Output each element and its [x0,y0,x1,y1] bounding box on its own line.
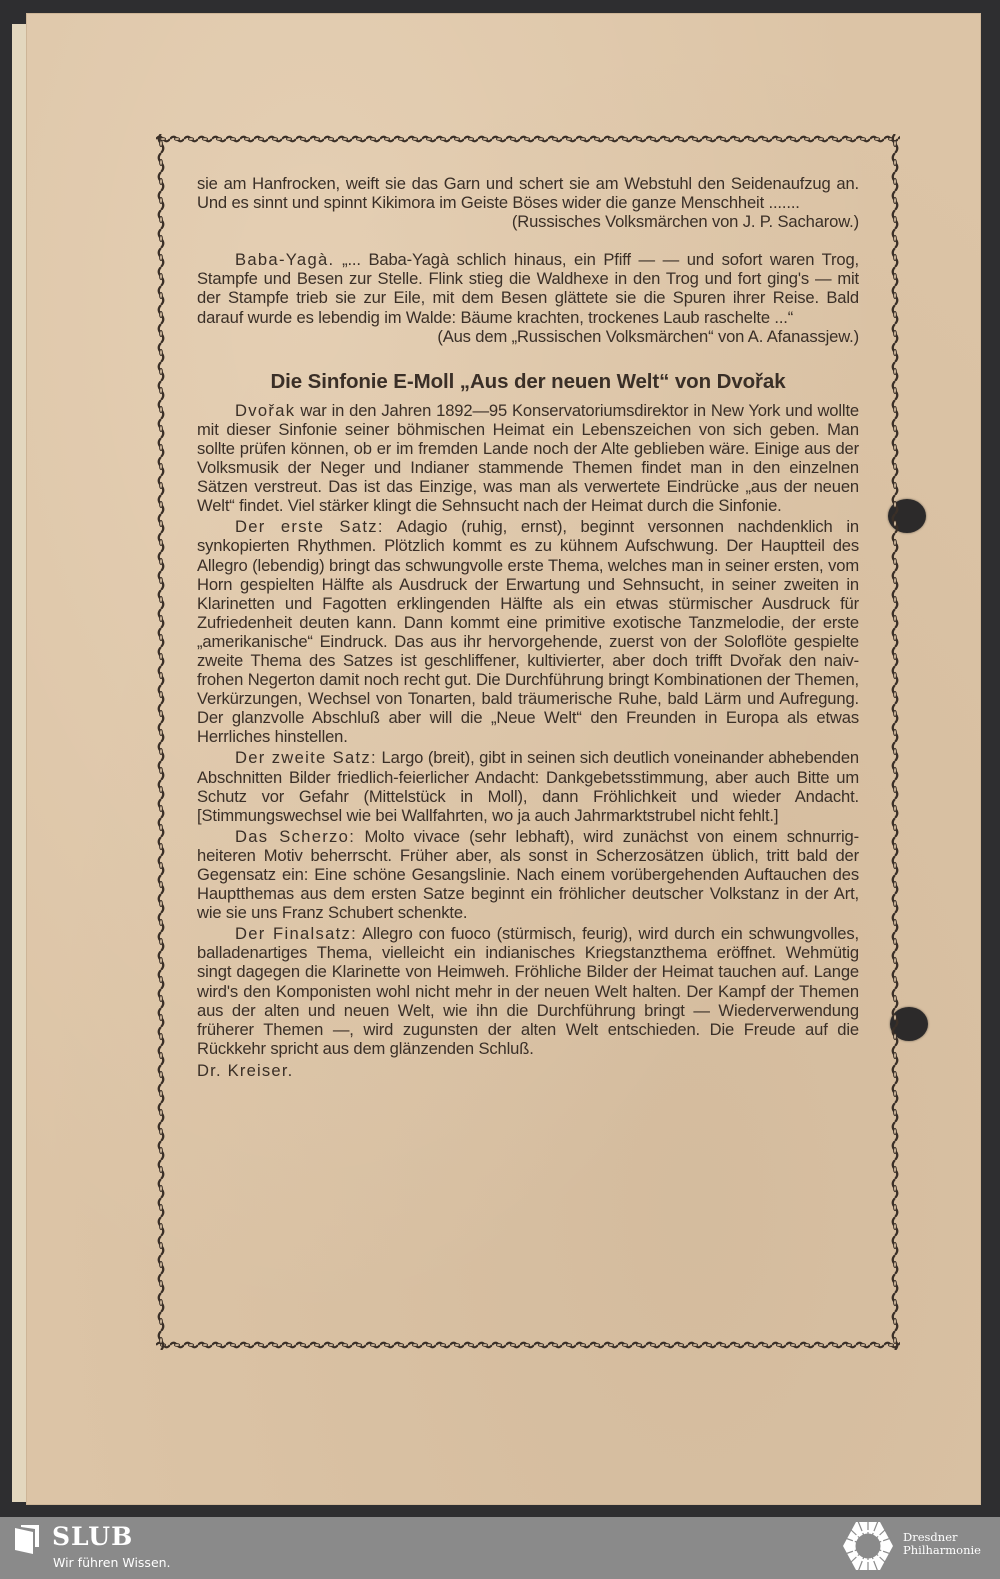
frame-border-left [156,134,166,1350]
paragraph-lead: Der zweite Satz: [235,748,377,767]
sunburst-hexagon-icon [842,1520,894,1572]
paragraph-intro: Dvořak war in den Jahren 1892—95 Konserv… [197,401,859,516]
kikimora-source: (Russisches Volksmärchen von J. P. Sacha… [197,212,859,231]
frame-border-right [890,134,900,1350]
frame-border-bottom [156,1340,900,1350]
frame-border-top [156,134,900,144]
babayaga-excerpt: Baba-Yagà. „... Baba-Yagà schlich hinaus… [197,250,859,326]
section-heading: Die Sinfonie E-Moll „Aus der neuen Welt“… [197,369,859,395]
book-icon [13,1525,43,1555]
paragraph-body: war in den Jahren 1892—95 Konservatorium… [197,401,859,515]
paragraph-body: Adagio (ruhig, ernst), beginnt versonnen… [197,517,859,746]
babayaga-source: (Aus dem „Russischen Volksmärchen“ von A… [197,327,859,346]
dp-name-line2: Philharmonie [903,1544,981,1557]
kikimora-excerpt: sie am Hanfrocken, weift sie das Garn un… [197,174,859,212]
footer-bar: SLUB Wir führen Wissen. Dresdner Philhar… [0,1517,1000,1579]
paragraph-body: Allegro con fuoco (stürmisch, feurig), w… [197,924,859,1058]
babayaga-label: Baba-Yagà. [235,250,334,269]
paragraph-scherzo: Das Scherzo: Molto vivace (sehr lebhaft)… [197,827,859,922]
paragraph-lead: Das Scherzo: [235,827,355,846]
ornamental-frame: sie am Hanfrocken, weift sie das Garn un… [156,134,900,1350]
paragraph-lead: Der Finalsatz: [235,924,357,943]
paragraph-lead: Der erste Satz: [235,517,384,536]
page-text: sie am Hanfrocken, weift sie das Garn un… [197,174,859,1080]
document-viewer: sie am Hanfrocken, weift sie das Garn un… [0,0,1000,1517]
slub-brand[interactable]: SLUB [52,1522,133,1551]
dresdner-philharmonie-brand[interactable]: Dresdner Philharmonie [903,1531,981,1557]
author-signature: Dr. Kreiser. [197,1061,859,1080]
paragraph-second-movement: Der zweite Satz: Largo (breit), gibt in … [197,748,859,824]
paragraph-first-movement: Der erste Satz: Adagio (ruhig, ernst), b… [197,517,859,746]
paragraph-lead: Dvořak [235,401,295,420]
paragraph-finale: Der Finalsatz: Allegro con fuoco (stürmi… [197,924,859,1058]
slub-tagline: Wir führen Wissen. [53,1555,171,1570]
